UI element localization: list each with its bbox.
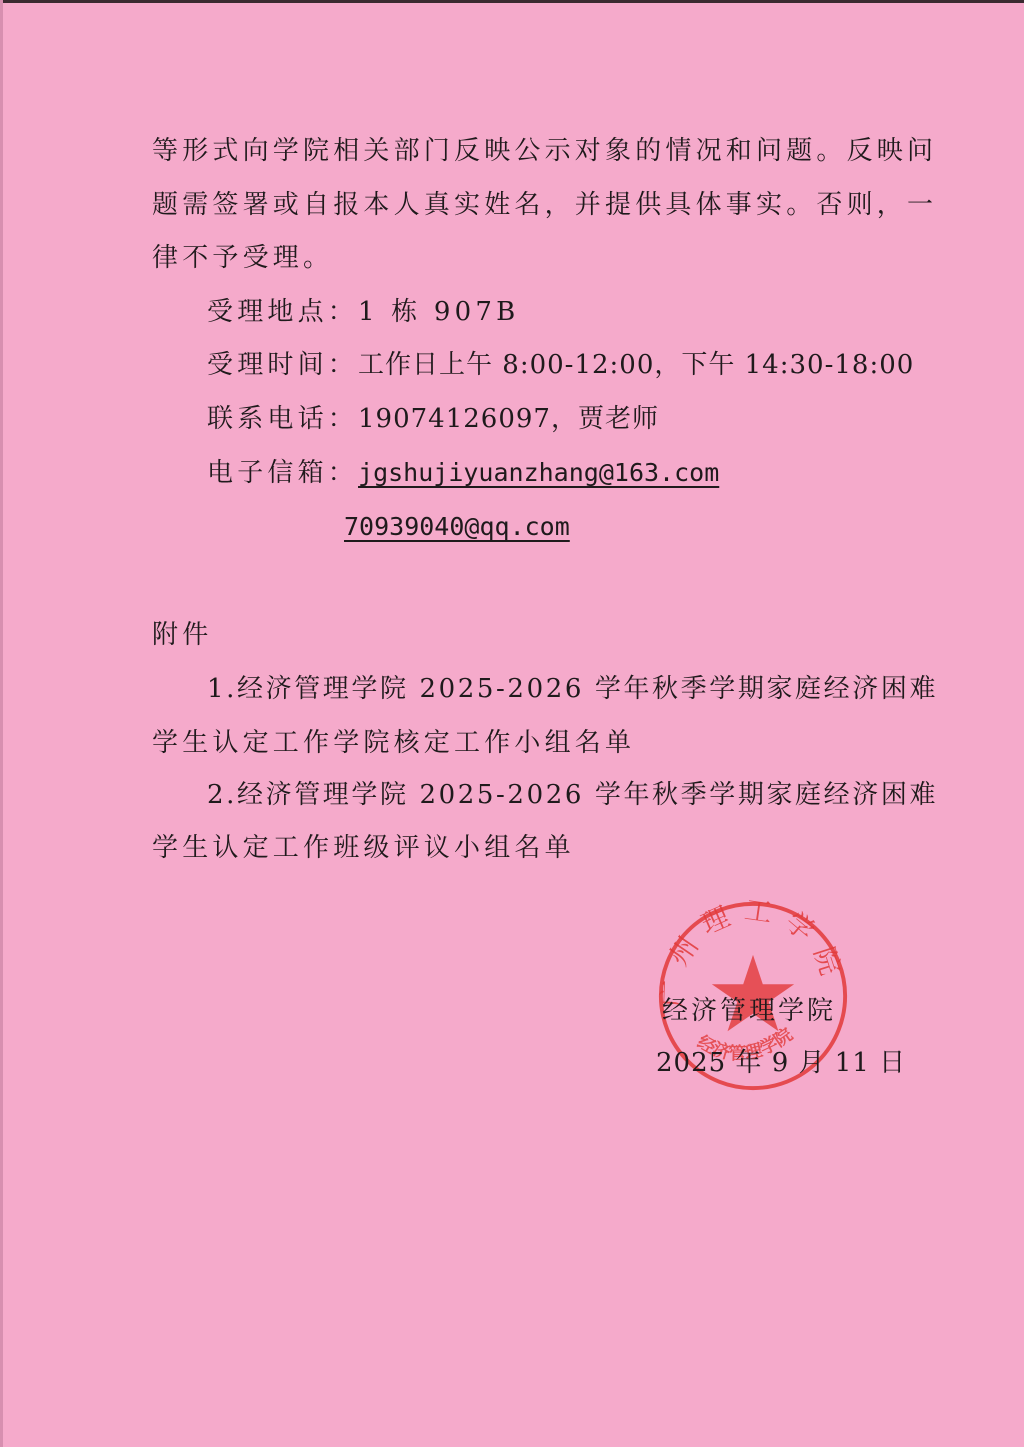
attachment-2-line-2: 学生认定工作班级评议小组名单: [152, 831, 575, 865]
time-label: 受理时间：: [207, 350, 358, 380]
attachment-1-line-2: 学生认定工作学院核定工作小组名单: [152, 726, 635, 760]
time-value: 工作日上午 8:00-12:00，下午 14:30-18:00: [358, 350, 914, 380]
phone-label: 联系电话：: [207, 404, 358, 434]
time-row: 受理时间：工作日上午 8:00-12:00，下午 14:30-18:00: [207, 348, 914, 382]
body-line-1: 等形式向学院相关部门反映公示对象的情况和问题。反映问: [152, 134, 937, 168]
location-value: 1 栋 907B: [358, 297, 519, 327]
location-label: 受理地点：: [207, 297, 358, 327]
attachment-1-line-1: 1.经济管理学院 2025-2026 学年秋季学期家庭经济困难: [207, 672, 938, 706]
attachment-2-line-1: 2.经济管理学院 2025-2026 学年秋季学期家庭经济困难: [207, 778, 938, 812]
phone-value: 19074126097，贾老师: [358, 404, 659, 434]
email-row-2: 70939040@qq.com: [344, 510, 570, 544]
scan-edge-top: [0, 0, 1024, 3]
attachments-heading: 附件: [152, 618, 212, 652]
email-row: 电子信箱：jgshujiyuanzhang@163.com: [207, 456, 719, 490]
location-row: 受理地点：1 栋 907B: [207, 295, 519, 329]
body-line-3: 律不予受理。: [152, 241, 333, 275]
signature-organization: 经济管理学院: [662, 990, 836, 1027]
phone-row: 联系电话：19074126097，贾老师: [207, 402, 659, 436]
signature-date: 2025 年 9 月 11 日: [656, 1042, 906, 1079]
email-link-163[interactable]: jgshujiyuanzhang@163.com: [358, 458, 719, 487]
body-line-2: 题需签署或自报本人真实姓名，并提供具体事实。否则，一: [152, 188, 937, 222]
email-label: 电子信箱：: [207, 458, 358, 488]
email-link-qq[interactable]: 70939040@qq.com: [344, 512, 570, 541]
scan-edge-left: [0, 0, 3, 1447]
